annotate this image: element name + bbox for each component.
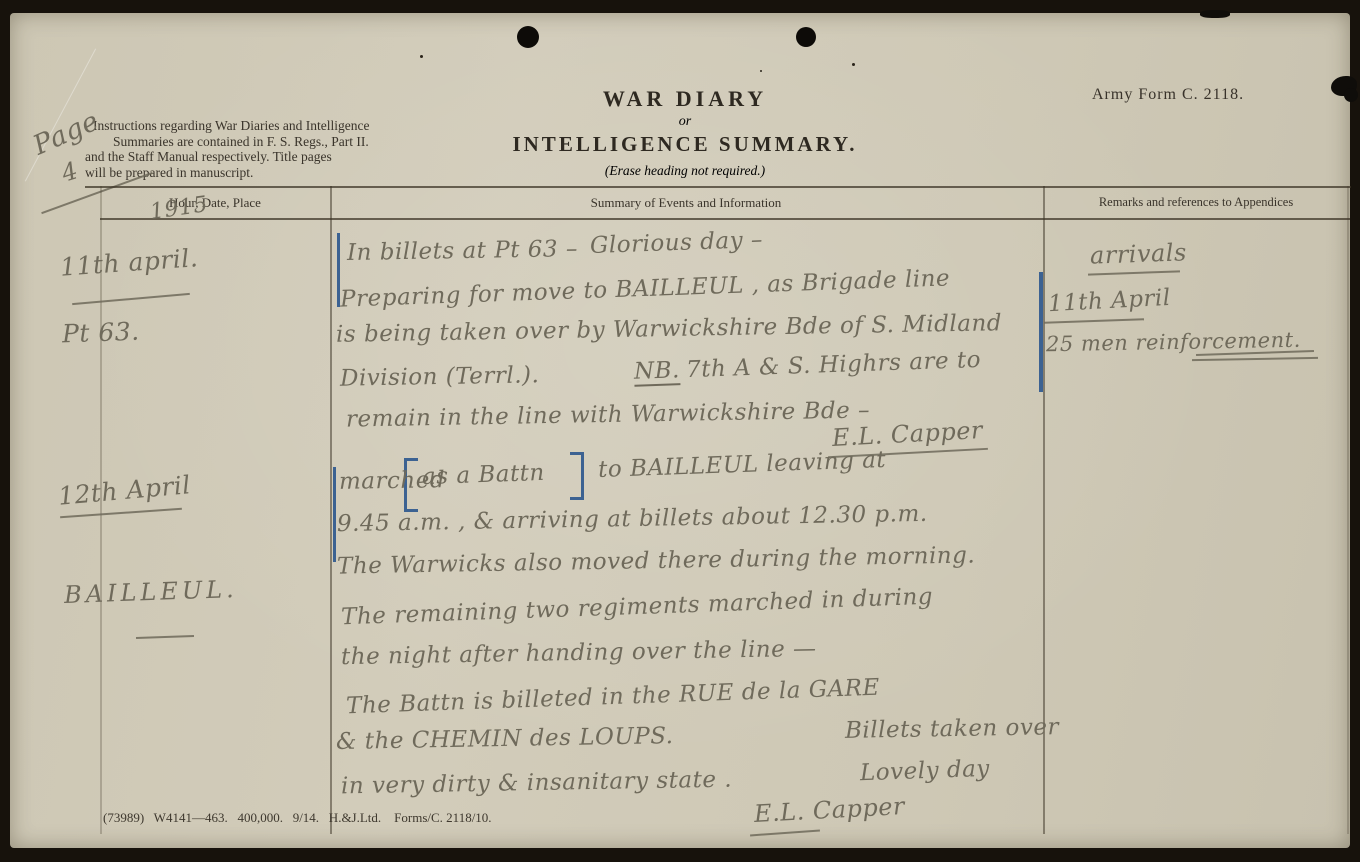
blue-margin-mark (1039, 272, 1043, 392)
scan-background: Army Form C. 2118. WAR DIARY or INTELLIG… (0, 0, 1360, 862)
army-form-number: Army Form C. 2118. (1092, 86, 1244, 104)
diary-line: Billets taken over (845, 714, 1059, 744)
table-left-border (100, 186, 102, 834)
diary-line: Division (Terrl.). (340, 362, 540, 391)
column-divider-left (330, 186, 332, 834)
column-header-summary: Summary of Events and Information (430, 195, 942, 211)
blue-bracket-close (570, 452, 584, 500)
speck (760, 70, 762, 72)
table-rule-header (100, 218, 1350, 220)
diary-line-nb: NB. (634, 357, 681, 387)
blue-margin-mark (333, 467, 336, 562)
speck (852, 63, 855, 66)
erase-note: (Erase heading not required.) (470, 163, 900, 179)
column-header-hour-date-place: Hour, Date, Place (105, 195, 325, 211)
form-title: WAR DIARY (470, 86, 900, 112)
speck (420, 55, 423, 58)
punch-hole-right (796, 27, 816, 47)
form-heading: WAR DIARY or INTELLIGENCE SUMMARY. (Eras… (470, 86, 900, 179)
ink-blot-2 (1344, 88, 1358, 102)
remark-line: arrivals (1090, 238, 1188, 269)
column-header-remarks: Remarks and references to Appendices (1046, 195, 1346, 210)
diary-line: In billets at Pt 63 – (347, 236, 578, 266)
table-rule-top (85, 186, 1351, 188)
instructions-line: Instructions regarding War Diaries and I… (93, 118, 495, 134)
instructions-line: Summaries are contained in F. S. Regs., … (113, 134, 495, 150)
instructions-line: will be prepared in manuscript. (85, 165, 495, 181)
punch-hole-left (517, 26, 539, 48)
entry1-place: Pt 63. (62, 317, 141, 349)
diary-line: as a Battn (422, 460, 546, 490)
table-right-border (1347, 186, 1349, 834)
instructions-line: and the Staff Manual respectively. Title… (85, 149, 495, 165)
footer-imprint: (73989) W4141—463. 400,000. 9/14. H.&J.L… (103, 810, 492, 826)
instructions-text: Instructions regarding War Diaries and I… (85, 118, 495, 180)
form-or: or (470, 114, 900, 130)
ink-smudge-top (1200, 10, 1230, 18)
diary-line: Lovely day (860, 756, 991, 787)
form-subtitle: INTELLIGENCE SUMMARY. (470, 132, 900, 157)
